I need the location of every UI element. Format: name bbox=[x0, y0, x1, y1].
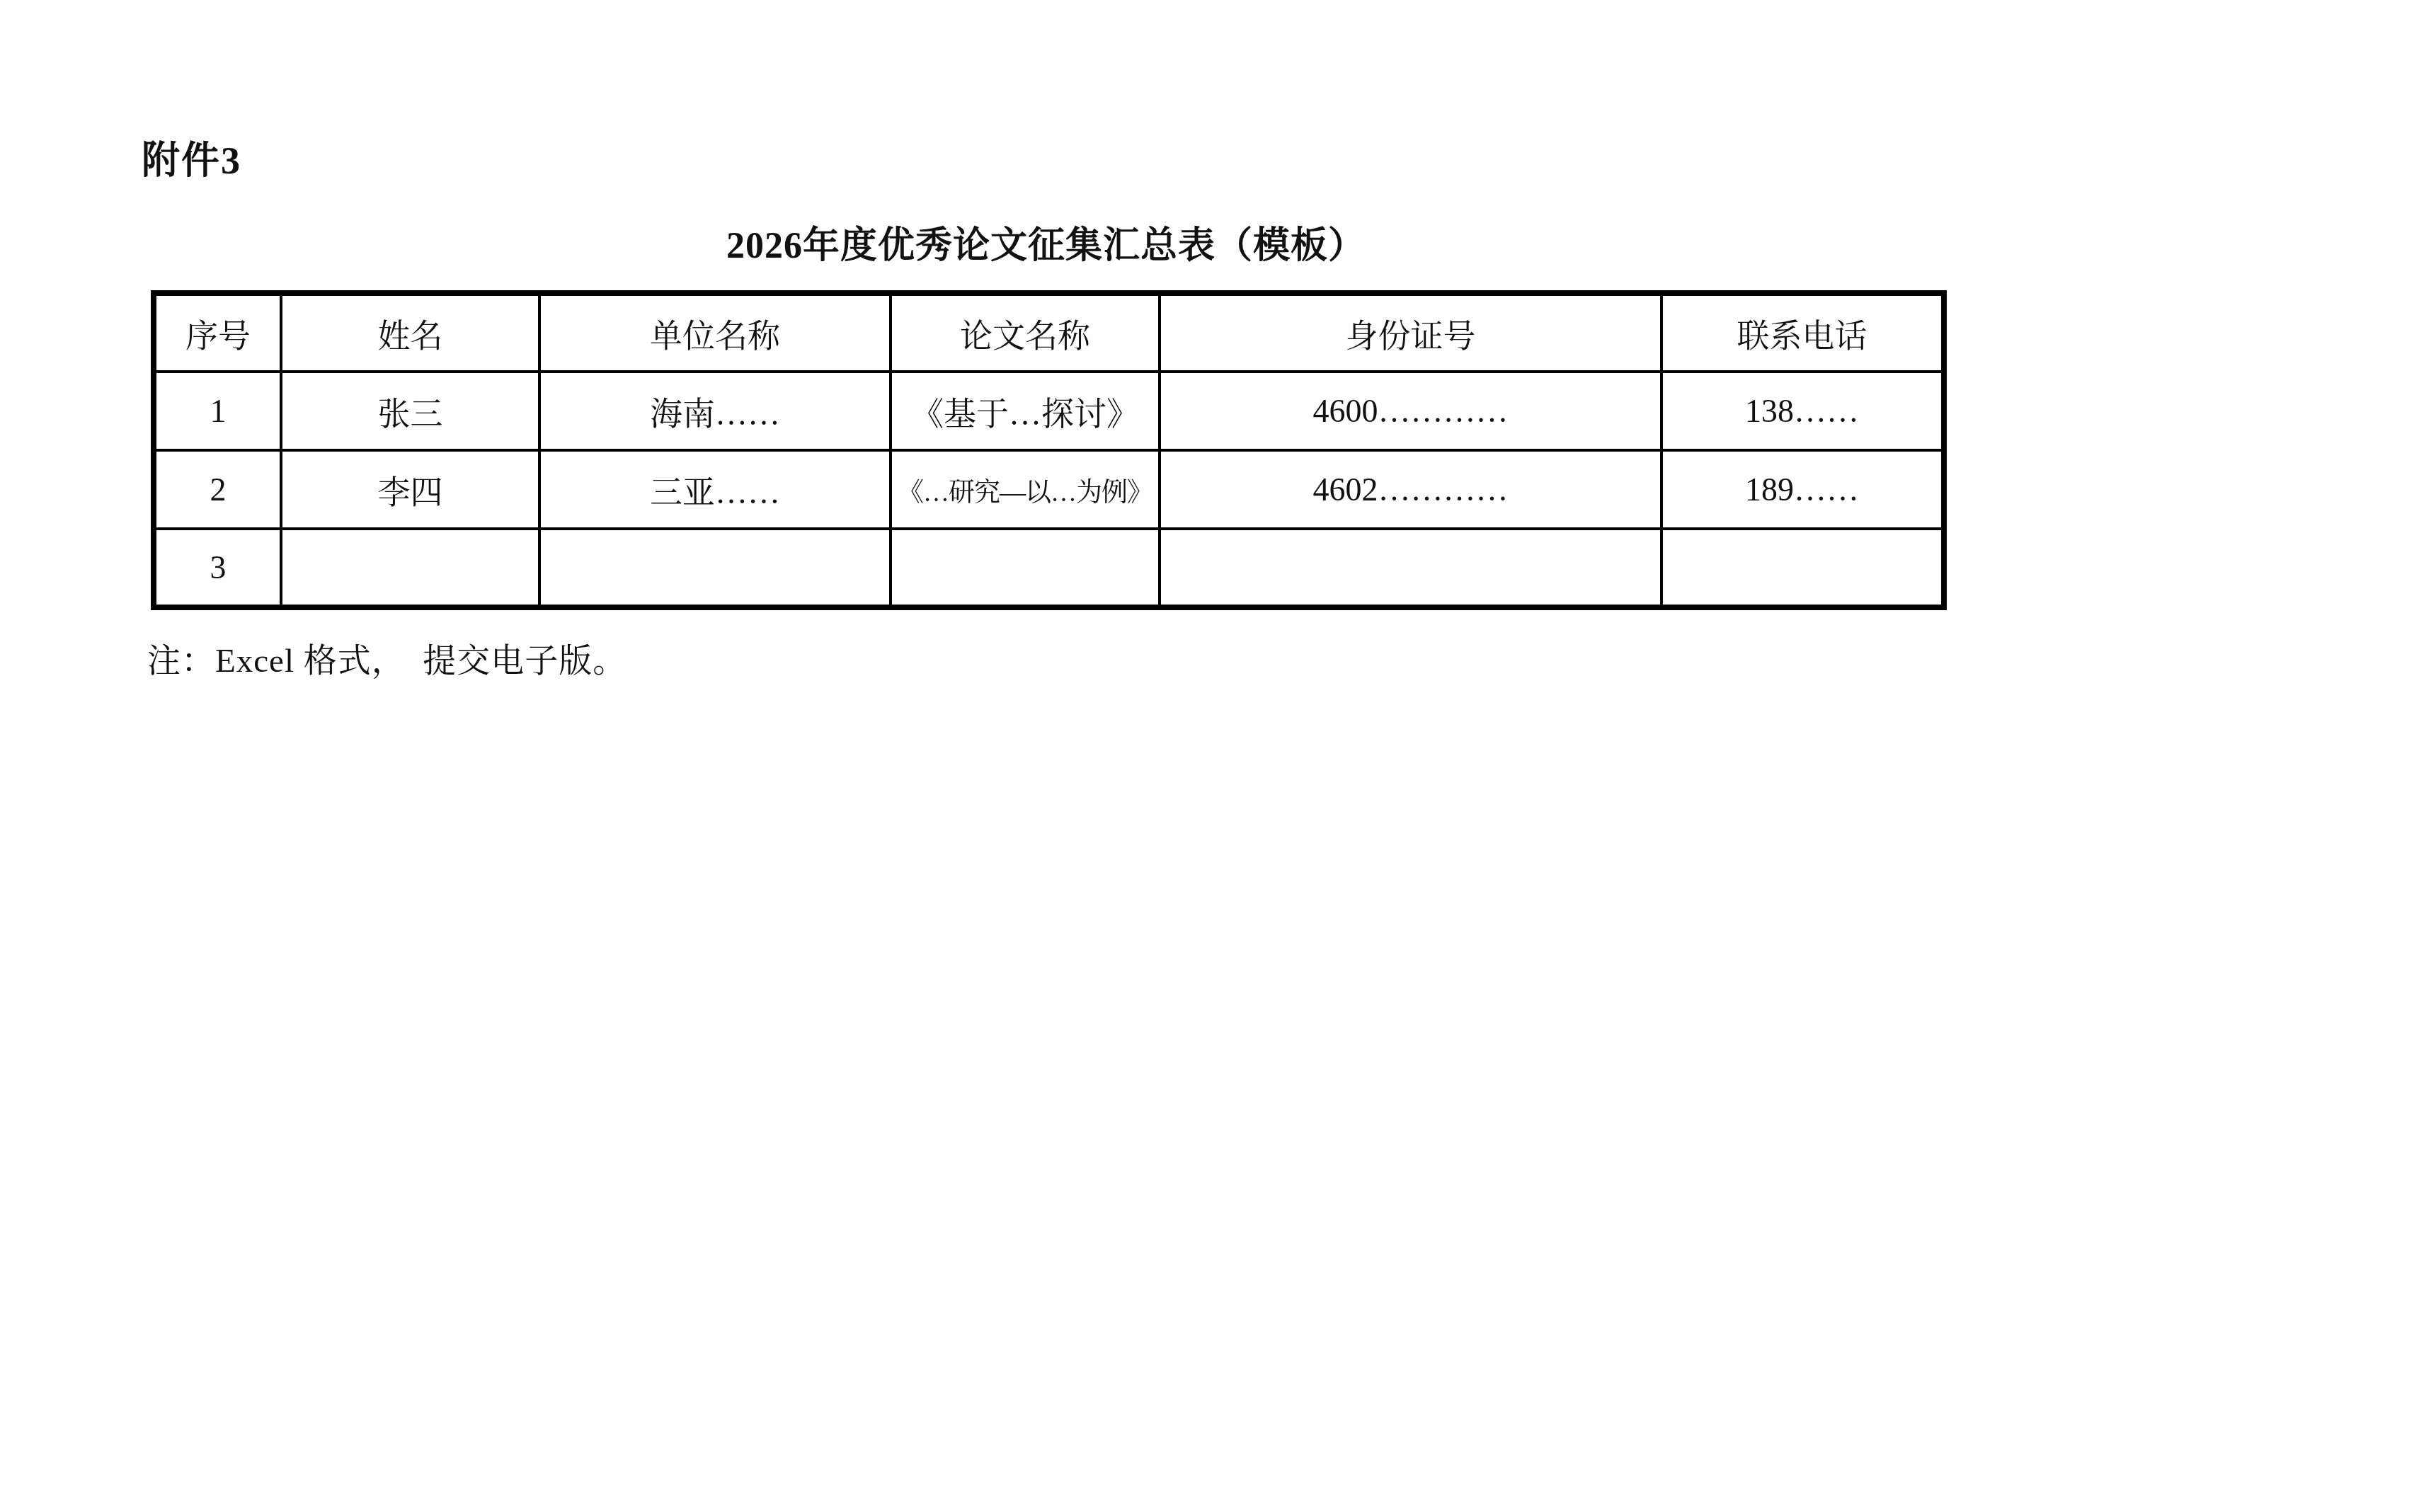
table-cell-name bbox=[281, 529, 539, 607]
table-cell-id-number: 4602………… bbox=[1160, 450, 1661, 529]
table-cell-organization: 海南…… bbox=[539, 372, 891, 450]
table-cell-organization bbox=[539, 529, 891, 607]
table-cell-phone bbox=[1661, 529, 1944, 607]
col-header-paper-title: 论文名称 bbox=[891, 293, 1160, 372]
table-cell-serial: 1 bbox=[154, 372, 281, 450]
summary-table: 序号 姓名 单位名称 论文名称 身份证号 联系电话 1 张三 海南…… 《基于…… bbox=[151, 290, 1947, 610]
table-cell-phone: 138…… bbox=[1661, 372, 1944, 450]
col-header-serial: 序号 bbox=[154, 293, 281, 372]
table-row: 1 张三 海南…… 《基于…探讨》 4600………… 138…… bbox=[154, 372, 1944, 450]
document-page: 附件3 2026年度优秀论文征集汇总表（模板） 序号 姓名 单位名称 论文名称 … bbox=[0, 0, 2414, 1512]
col-header-id-number: 身份证号 bbox=[1160, 293, 1661, 372]
table-row: 3 bbox=[154, 529, 1944, 607]
table-cell-paper-title bbox=[891, 529, 1160, 607]
table-cell-name: 张三 bbox=[281, 372, 539, 450]
table-row: 2 李四 三亚…… 《…研究—以…为例》 4602………… 189…… bbox=[154, 450, 1944, 529]
attachment-label: 附件3 bbox=[142, 130, 241, 185]
table-cell-id-number: 4600………… bbox=[1160, 372, 1661, 450]
page-title: 2026年度优秀论文征集汇总表（模板） bbox=[151, 215, 1941, 268]
table-header-row: 序号 姓名 单位名称 论文名称 身份证号 联系电话 bbox=[154, 293, 1944, 372]
col-header-organization: 单位名称 bbox=[539, 293, 891, 372]
table-cell-phone: 189…… bbox=[1661, 450, 1944, 529]
col-header-phone: 联系电话 bbox=[1661, 293, 1944, 372]
table-cell-serial: 3 bbox=[154, 529, 281, 607]
table-cell-organization: 三亚…… bbox=[539, 450, 891, 529]
table-cell-paper-title: 《基于…探讨》 bbox=[891, 372, 1160, 450]
table-cell-serial: 2 bbox=[154, 450, 281, 529]
table-cell-paper-title: 《…研究—以…为例》 bbox=[891, 450, 1160, 529]
col-header-name: 姓名 bbox=[281, 293, 539, 372]
table-cell-id-number bbox=[1160, 529, 1661, 607]
footnote-text: 注：Excel 格式， 提交电子版。 bbox=[147, 634, 627, 682]
table-cell-name: 李四 bbox=[281, 450, 539, 529]
